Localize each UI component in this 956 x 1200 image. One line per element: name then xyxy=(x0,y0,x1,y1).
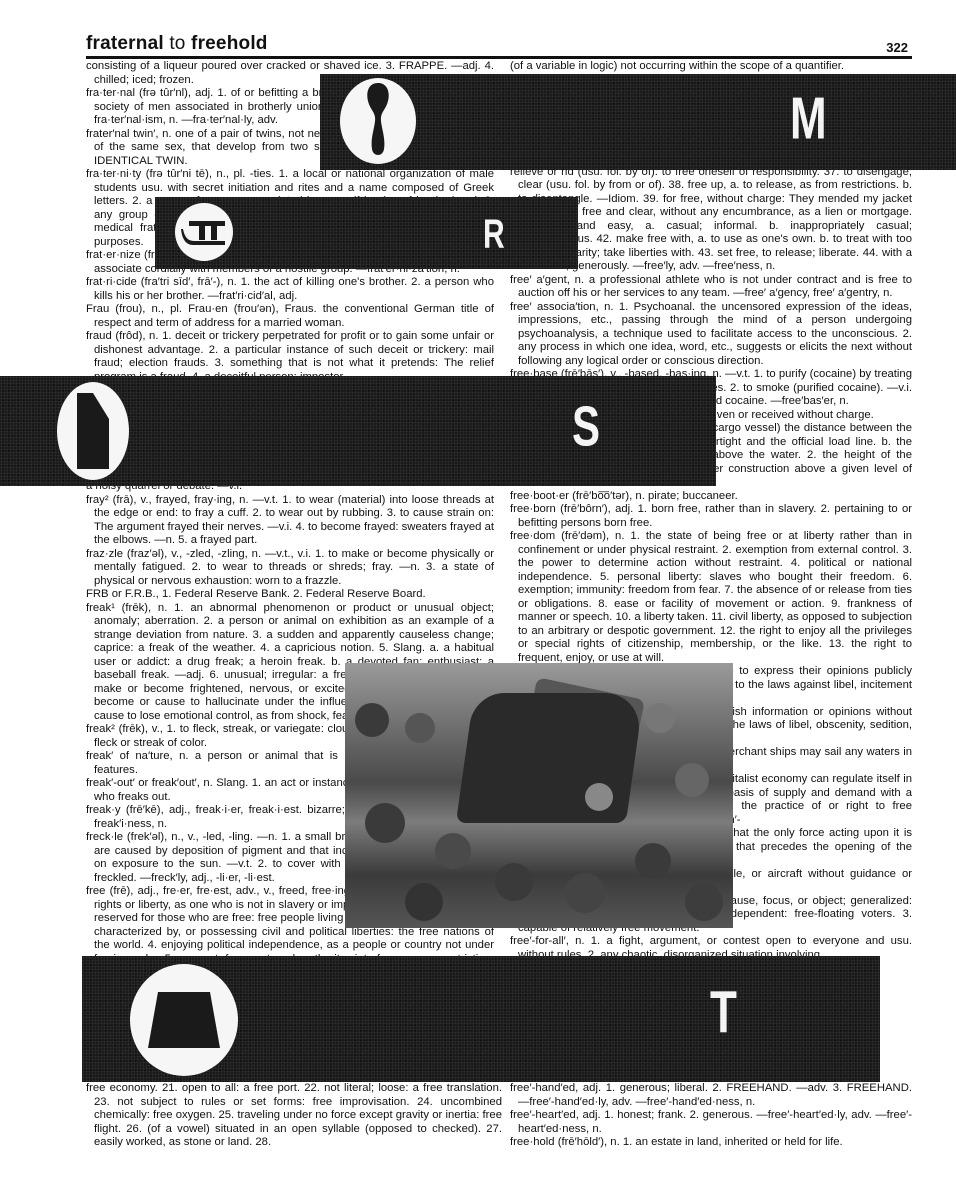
letter-s: S xyxy=(572,398,600,455)
dictionary-entry: Frau (frou), n., pl. Frau·en (frou′ən), … xyxy=(86,303,494,330)
crowd-around-car-photo xyxy=(345,663,733,928)
spoon-icon xyxy=(360,81,396,161)
dictionary-entry: free′-heart′ed, adj. 1. honest; frank. 2… xyxy=(510,1109,912,1136)
disc xyxy=(340,78,416,164)
banner-t: T xyxy=(82,956,880,1082)
guide-word-start: fraternal xyxy=(86,33,164,54)
car-shape xyxy=(456,693,644,823)
trapezoid-icon xyxy=(144,990,224,1050)
dictionary-entry: free·born (frē′bôrn′), adj. 1. born free… xyxy=(510,503,912,530)
guide-word-end: freehold xyxy=(191,33,268,54)
guide-word-to: to xyxy=(169,33,185,54)
letter-m: M xyxy=(790,90,827,149)
dictionary-entry: (of a variable in logic) not occurring w… xyxy=(510,60,912,74)
dictionary-entry: free′ a′gent, n. a professional athlete … xyxy=(510,274,912,301)
page-number: 322 xyxy=(886,40,908,55)
banner-s: S xyxy=(0,376,716,486)
dictionary-entry: free·boot·er (frē′bo͞o′tər), n. pirate; … xyxy=(510,490,912,504)
letter-r: R xyxy=(483,215,505,256)
dictionary-entry: frat·ri·cide (fra′tri sīd′, frā′-), n. 1… xyxy=(86,276,494,303)
dictionary-entry: FRB or F.R.B., 1. Federal Reserve Bank. … xyxy=(86,588,494,602)
dictionary-entry: free·dom (frē′dəm), n. 1. the state of b… xyxy=(510,530,912,665)
dictionary-entry: free·hold (frē′hōld′), n. 1. an estate i… xyxy=(510,1136,912,1150)
dictionary-entry: free economy. 21. open to all: a free po… xyxy=(86,1082,502,1150)
dictionary-entry: free′ associa′tion, n. 1. Psychoanal. th… xyxy=(510,301,912,369)
dictionary-entry: fraz·zle (fraz′əl), v., -zled, -zling, n… xyxy=(86,548,494,589)
page-header: fraternal to freehold 322 xyxy=(86,34,912,59)
letter-t: T xyxy=(710,984,737,1043)
banner-r: R xyxy=(155,197,578,269)
guide-words: fraternal to freehold xyxy=(86,33,268,55)
disc xyxy=(130,964,238,1076)
disc xyxy=(57,382,129,480)
tray-icon xyxy=(181,219,227,245)
dictionary-entry: fray² (frā), v., frayed, fray·ing, n. —v… xyxy=(86,494,494,548)
cut-square-icon xyxy=(73,391,113,471)
disc xyxy=(175,203,233,261)
dictionary-entry: free′-hand′ed, adj. 1. generous; liberal… xyxy=(510,1082,912,1109)
banner-m: M xyxy=(320,74,956,170)
